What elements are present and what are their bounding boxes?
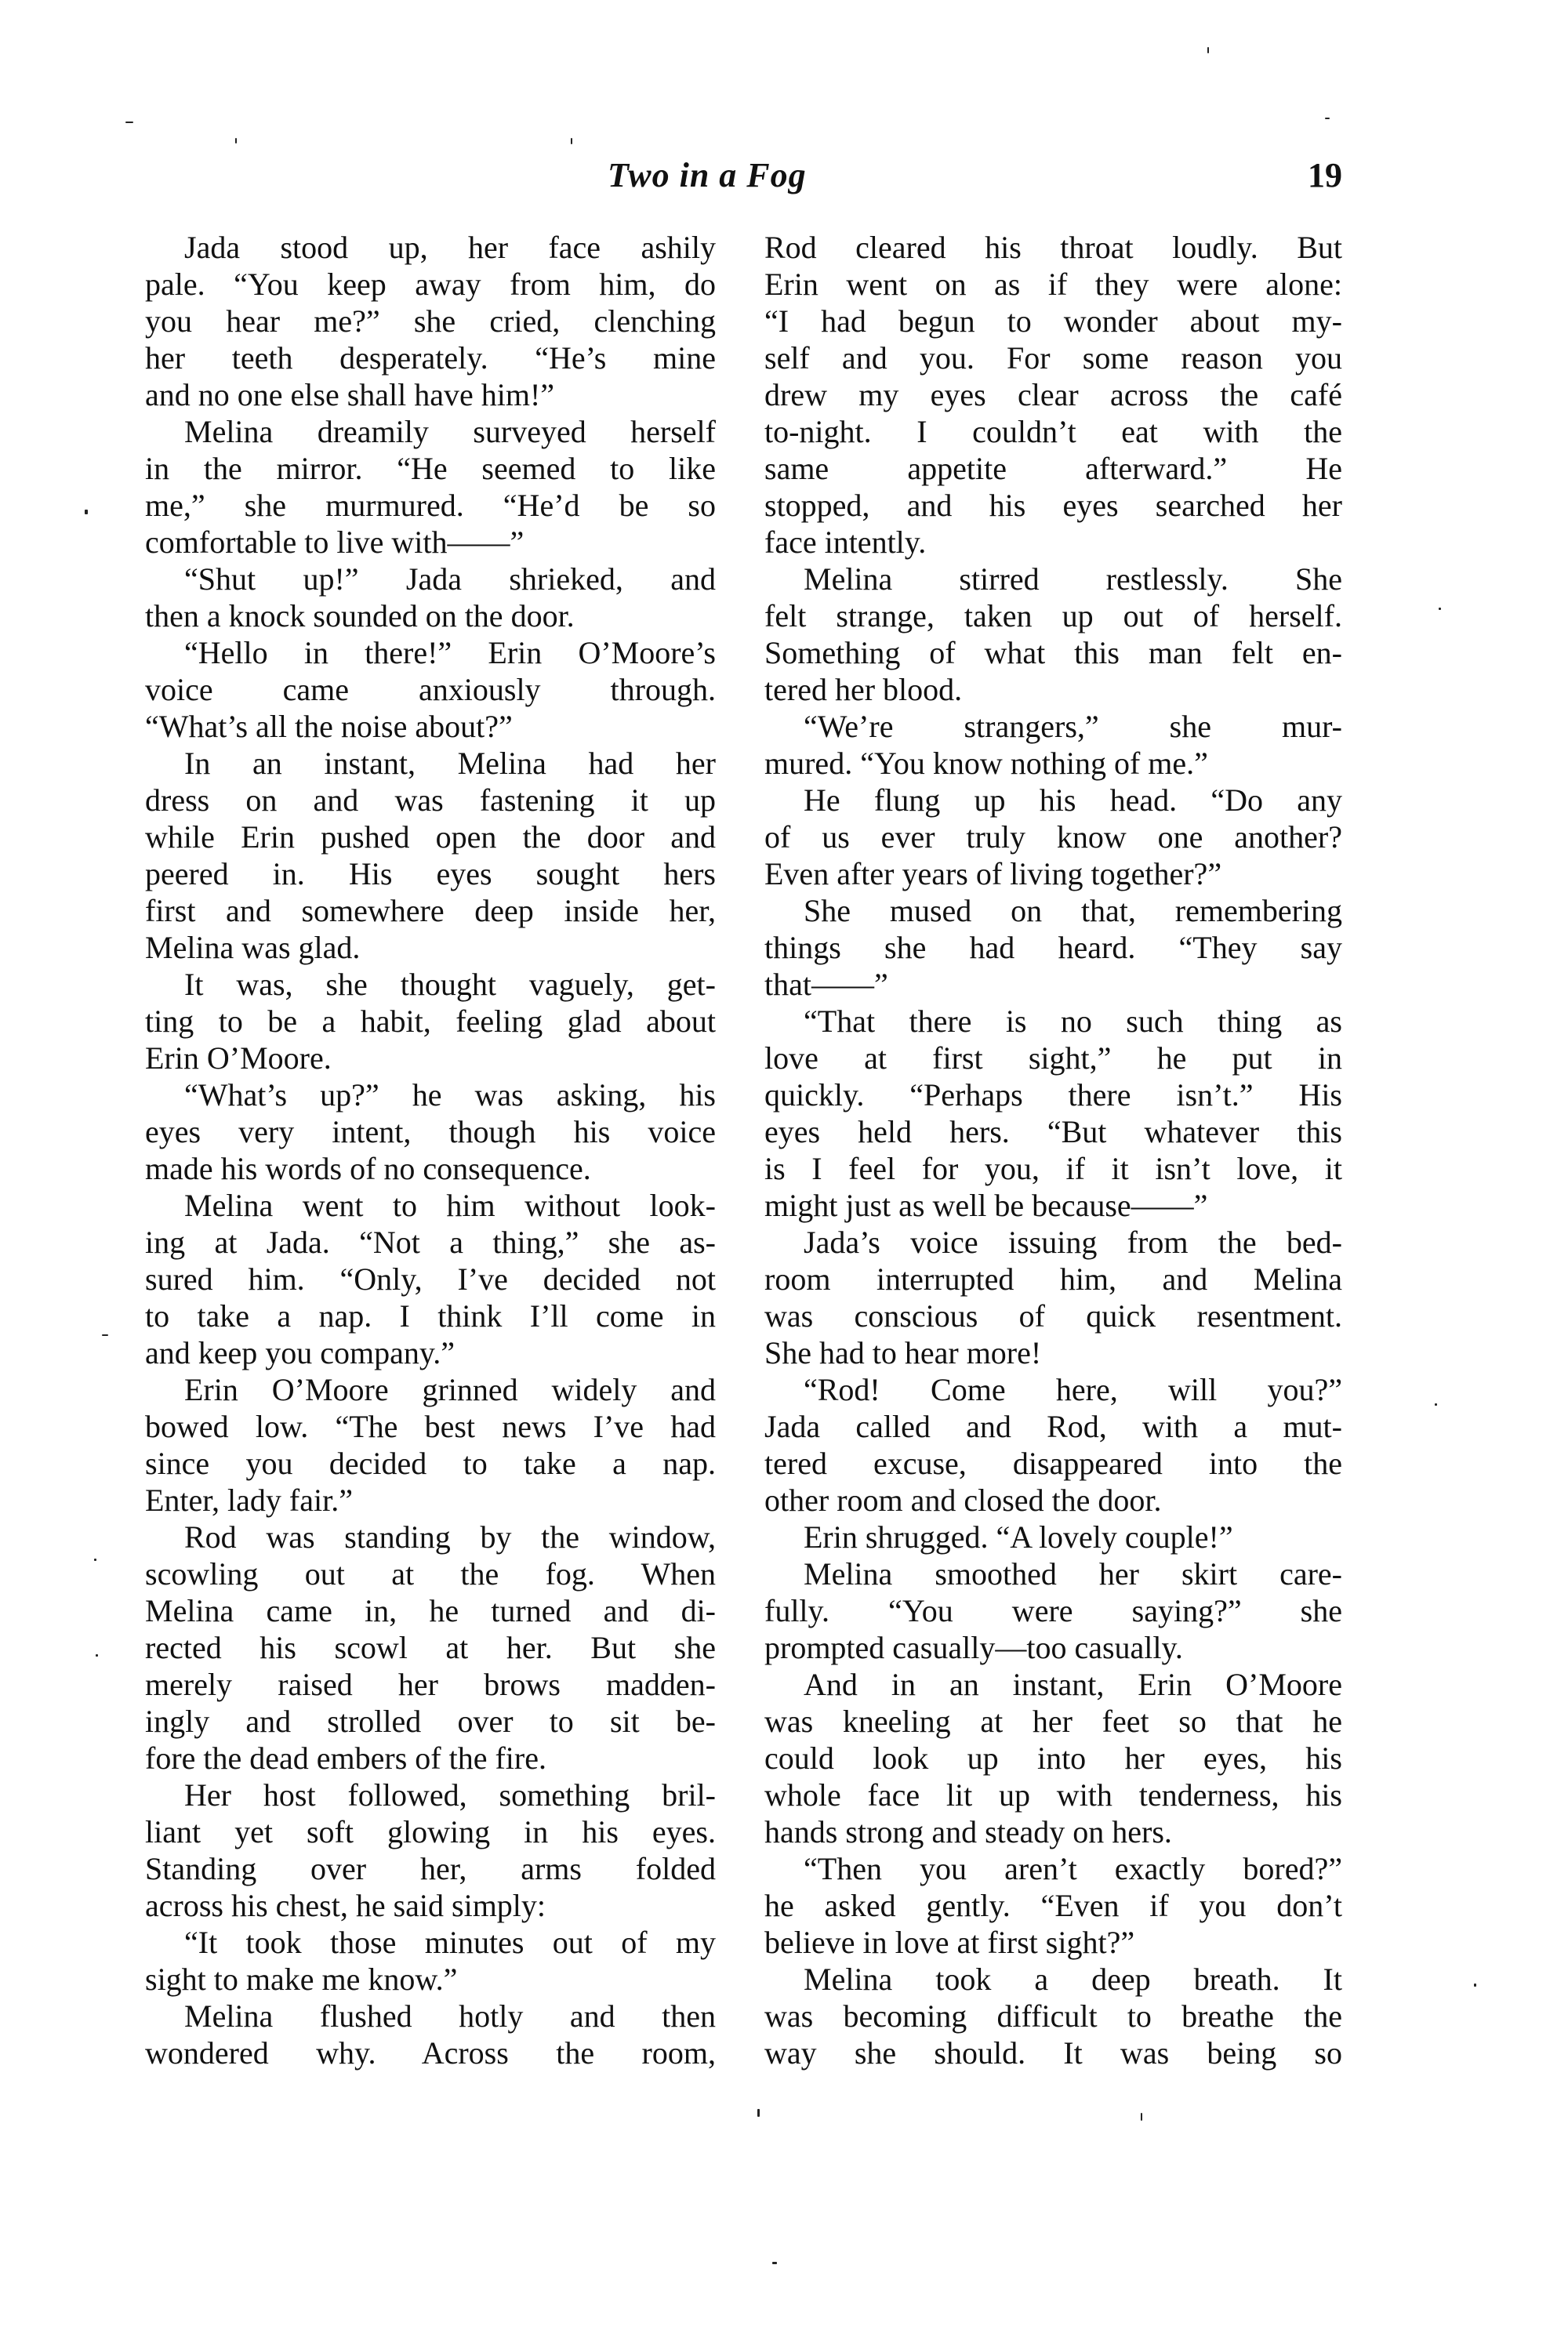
text-line: quickly. “Perhaps there isn’t.” His — [764, 1076, 1342, 1113]
text-line: “What’s all the noise about?” — [145, 708, 716, 745]
text-line: merely raised her brows madden- — [145, 1666, 716, 1703]
text-line: sured him. “Only, I’ve decided not — [145, 1261, 716, 1298]
text-line: Melina dreamily surveyed herself — [145, 413, 716, 450]
text-line: And in an instant, Erin O’Moore — [764, 1666, 1342, 1703]
text-line: comfortable to live with——” — [145, 524, 716, 561]
scan-speck — [102, 1334, 108, 1336]
text-line: ing at Jada. “Not a thing,” she as- — [145, 1224, 716, 1261]
scan-speck — [85, 510, 88, 514]
scan-speck — [96, 1654, 98, 1657]
text-line: “We’re strangers,” she mur- — [764, 708, 1342, 745]
text-line: Something of what this man felt en- — [764, 634, 1342, 671]
text-line: Melina flushed hotly and then — [145, 1998, 716, 2034]
text-line: In an instant, Melina had her — [145, 745, 716, 782]
text-line: dress on and was fastening it up — [145, 782, 716, 818]
page-number: 19 — [1308, 154, 1342, 198]
text-line: in the mirror. “He seemed to like — [145, 450, 716, 487]
running-header: Two in a Fog 19 — [145, 154, 1342, 198]
text-line: Erin went on as if they were alone: — [764, 266, 1342, 303]
scan-speck — [571, 138, 572, 144]
text-line: ingly and strolled over to sit be- — [145, 1703, 716, 1740]
text-line: and no one else shall have him!” — [145, 376, 716, 413]
scan-speck — [1141, 2113, 1142, 2121]
text-line: Melina took a deep breath. It — [764, 1961, 1342, 1998]
scan-speck — [757, 2109, 760, 2117]
text-line: way she should. It was being so — [764, 2034, 1342, 2071]
text-line: could look up into her eyes, his — [764, 1740, 1342, 1777]
text-line: to take a nap. I think I’ll come in — [145, 1298, 716, 1334]
text-line: room interrupted him, and Melina — [764, 1261, 1342, 1298]
text-line: made his words of no consequence. — [145, 1150, 716, 1187]
text-column-left: Jada stood up, her face ashilypale. “You… — [145, 229, 716, 2071]
text-line: other room and closed the door. — [764, 1482, 1342, 1519]
text-line: “What’s up?” he was asking, his — [145, 1076, 716, 1113]
text-line: “It took those minutes out of my — [145, 1924, 716, 1961]
text-line: pale. “You keep away from him, do — [145, 266, 716, 303]
scan-speck — [1207, 47, 1209, 53]
text-line: eyes held hers. “But whatever this — [764, 1113, 1342, 1150]
scan-speck — [1325, 118, 1330, 119]
text-line: Melina stirred restlessly. She — [764, 561, 1342, 597]
text-line: wondered why. Across the room, — [145, 2034, 716, 2071]
text-line: Erin O’Moore grinned widely and — [145, 1371, 716, 1408]
text-line: things she had heard. “They say — [764, 929, 1342, 966]
text-line: ting to be a habit, feeling glad about — [145, 1003, 716, 1040]
text-line: felt strange, taken up out of herself. — [764, 597, 1342, 634]
text-line: liant yet soft glowing in his eyes. — [145, 1813, 716, 1850]
text-line: It was, she thought vaguely, get- — [145, 966, 716, 1003]
text-line: me,” she murmured. “He’d be so — [145, 487, 716, 524]
text-line: Jada stood up, her face ashily — [145, 229, 716, 266]
text-line: while Erin pushed open the door and — [145, 818, 716, 855]
text-line: since you decided to take a nap. — [145, 1445, 716, 1482]
text-line: to-night. I couldn’t eat with the — [764, 413, 1342, 450]
text-line: Melina smoothed her skirt care- — [764, 1555, 1342, 1592]
text-line: tered her blood. — [764, 671, 1342, 708]
text-line: same appetite afterward.” He — [764, 450, 1342, 487]
text-line: She mused on that, remembering — [764, 892, 1342, 929]
text-line: “Hello in there!” Erin O’Moore’s — [145, 634, 716, 671]
text-line: face intently. — [764, 524, 1342, 561]
text-line: Enter, lady fair.” — [145, 1482, 716, 1519]
text-line: first and somewhere deep inside her, — [145, 892, 716, 929]
running-title: Two in a Fog — [608, 154, 807, 198]
text-line: that——” — [764, 966, 1342, 1003]
text-line: She had to hear more! — [764, 1334, 1342, 1371]
text-line: believe in love at first sight?” — [764, 1924, 1342, 1961]
text-line: He flung up his head. “Do any — [764, 782, 1342, 818]
text-line: Rod cleared his throat loudly. But — [764, 229, 1342, 266]
scan-speck — [94, 1559, 96, 1561]
text-line: stopped, and his eyes searched her — [764, 487, 1342, 524]
text-line: Rod was standing by the window, — [145, 1519, 716, 1555]
scan-speck — [1439, 608, 1441, 610]
text-line: was becoming difficult to breathe the — [764, 1998, 1342, 2034]
text-line: bowed low. “The best news I’ve had — [145, 1408, 716, 1445]
text-line: might just as well be because——” — [764, 1187, 1342, 1224]
scan-speck — [235, 138, 237, 143]
text-line: Jada’s voice issuing from the bed- — [764, 1224, 1342, 1261]
text-line: her teeth desperately. “He’s mine — [145, 339, 716, 376]
text-line: was conscious of quick resentment. — [764, 1298, 1342, 1334]
text-line: self and you. For some reason you — [764, 339, 1342, 376]
text-line: Her host followed, something bril- — [145, 1777, 716, 1813]
text-line: tered excuse, disappeared into the — [764, 1445, 1342, 1482]
text-line: “Shut up!” Jada shrieked, and — [145, 561, 716, 597]
text-line: whole face lit up with tenderness, his — [764, 1777, 1342, 1813]
text-line: Even after years of living together?” — [764, 855, 1342, 892]
scan-speck — [1474, 1984, 1476, 1987]
text-line: then a knock sounded on the door. — [145, 597, 716, 634]
text-line: Melina went to him without look- — [145, 1187, 716, 1224]
text-line: “That there is no such thing as — [764, 1003, 1342, 1040]
text-line: you hear me?” she cried, clenching — [145, 303, 716, 339]
text-line: love at first sight,” he put in — [764, 1040, 1342, 1076]
text-line: Melina came in, he turned and di- — [145, 1592, 716, 1629]
text-line: prompted casually—too casually. — [764, 1629, 1342, 1666]
scan-speck — [125, 122, 133, 123]
scan-speck — [1435, 1403, 1437, 1406]
text-line: “I had begun to wonder about my- — [764, 303, 1342, 339]
text-line: is I feel for you, if it isn’t love, it — [764, 1150, 1342, 1187]
text-line: he asked gently. “Even if you don’t — [764, 1887, 1342, 1924]
text-line: Jada called and Rod, with a mut- — [764, 1408, 1342, 1445]
text-line: drew my eyes clear across the café — [764, 376, 1342, 413]
text-line: Erin shrugged. “A lovely couple!” — [764, 1519, 1342, 1555]
scan-speck — [772, 2262, 777, 2264]
text-line: sight to make me know.” — [145, 1961, 716, 1998]
text-line: scowling out at the fog. When — [145, 1555, 716, 1592]
text-line: “Then you aren’t exactly bored?” — [764, 1850, 1342, 1887]
text-line: and keep you company.” — [145, 1334, 716, 1371]
text-line: Standing over her, arms folded — [145, 1850, 716, 1887]
text-line: fully. “You were saying?” she — [764, 1592, 1342, 1629]
text-line: Erin O’Moore. — [145, 1040, 716, 1076]
text-line: was kneeling at her feet so that he — [764, 1703, 1342, 1740]
text-line: voice came anxiously through. — [145, 671, 716, 708]
text-line: mured. “You know nothing of me.” — [764, 745, 1342, 782]
book-page: Two in a Fog 19 Jada stood up, her face … — [0, 0, 1568, 2352]
text-column-right: Rod cleared his throat loudly. ButErin w… — [764, 229, 1342, 2071]
text-line: rected his scowl at her. But she — [145, 1629, 716, 1666]
text-line: Melina was glad. — [145, 929, 716, 966]
text-line: of us ever truly know one another? — [764, 818, 1342, 855]
text-line: “Rod! Come here, will you?” — [764, 1371, 1342, 1408]
text-line: hands strong and steady on hers. — [764, 1813, 1342, 1850]
text-line: eyes very intent, though his voice — [145, 1113, 716, 1150]
text-line: peered in. His eyes sought hers — [145, 855, 716, 892]
text-line: across his chest, he said simply: — [145, 1887, 716, 1924]
text-line: fore the dead embers of the fire. — [145, 1740, 716, 1777]
